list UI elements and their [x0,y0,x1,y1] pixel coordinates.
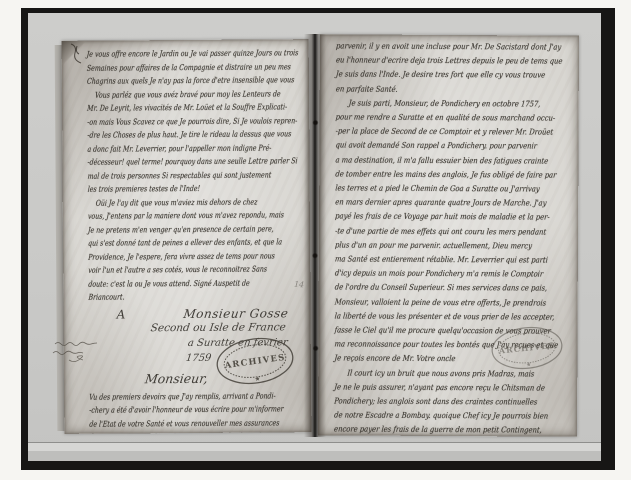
manuscript-line: de l'ordre du Conseil Superieur. Si mes … [334,281,535,296]
manuscript-line: eu l'honneur d'ecrire deja trois Lettres… [335,54,536,69]
manuscript-line: -décesseur! quel terme! pourquoy dans un… [87,155,255,170]
archives-stamp-icon: ARCHIVES ★ [485,321,569,375]
manuscript-line: -te d'une partie de mes effets qui ont c… [334,224,535,239]
corner-flourish-mark [63,40,87,66]
manuscript-line: les terres et a pied le Chemin de Goa a … [335,181,536,196]
manuscript-line: pour me rendre a Suratte et en qualité d… [335,110,536,125]
stamp-star-icon: ★ [526,361,532,369]
manuscript-line: Pondichery; les anglois sont dans des cr… [333,394,534,409]
manuscript-line: ma Santé est entierement rétablie. Mr. L… [334,252,535,267]
scanned-manuscript-photo: { "pages": { "left": { "lines": [ "Je vo… [0,0,631,480]
manuscript-line: a ma destination, il m'a fallu essuier b… [335,153,536,168]
manuscript-line: Briancourt. [88,290,256,305]
manuscript-line: Mr. De Leyrit, les vivacités de Mr. Loüe… [87,101,255,116]
manuscript-line: la liberté de vous les présenter et de v… [334,309,535,324]
left-page-closing-lines: Vu des premiers devoirs que J'ay remplis… [89,389,303,434]
manuscript-line: qui avoit demandé Son rappel a Pondicher… [335,139,536,154]
margin-note-scribble [49,336,107,368]
manuscript-line: Monsieur, valloient la peine de vous etr… [334,295,535,310]
manuscript-line: Je ne le puis assurer, n'ayant pas encor… [334,380,535,395]
right-manuscript-page: parvenir, il y en avoit une incluse pour… [318,34,579,436]
stamp-label: ARCHIVES [498,341,556,356]
manuscript-line: Vous parléz que vous avéz bravé pour moy… [87,87,255,102]
address-row: A Monsieur Gosse [88,306,302,321]
below-ledge-shadow [28,451,601,461]
manuscript-line: en parfaite Santé. [335,82,536,97]
manuscript-line: vous, J'entens par la maniere dont vous … [87,209,255,224]
manuscript-line: Je vous offre encore le Jardin ou Je vai… [86,47,254,62]
manuscript-line: -on mais Vous Scavez ce que Je pourrois … [87,114,255,129]
manuscript-line: qui s'est donné tant de peines a ellever… [88,236,256,251]
manuscript-line: les trois premieres testes de l'Inde! [87,182,255,197]
address-name: Monsieur Gosse [182,306,289,321]
left-page-lines: Je vous offre encore le Jardin ou Je vai… [87,46,303,304]
manuscript-line: Je suis parti, Monsieur, de Pondichery e… [335,96,536,111]
address-a: A [116,307,125,321]
stamp-star-icon: ★ [254,374,261,383]
manuscript-line: de tomber entre les mains des anglois, J… [335,167,536,182]
manuscript-line: voir l'un et l'autre a ses cotés, vous l… [88,263,256,278]
manuscript-line: Chagrins aux quels Je n'ay pas la force … [86,74,254,89]
manuscript-line: payé les frais de ce Voyage par huit moi… [334,210,535,225]
pencil-folio-mark: 14 [294,280,305,290]
manuscript-line: de l'Etat de votre Santé et vous renouve… [89,416,257,431]
binding-gutter [304,34,326,437]
stamp-label: ARCHIVES [223,353,286,372]
manuscript-line: encore payer les frais de la guerre de m… [333,423,534,437]
manuscript-line: Je ne pretens m'en venger qu'en presence… [87,222,255,237]
manuscript-line: parvenir, il y en avoit une incluse pour… [335,39,536,54]
manuscript-line: Oüi Je l'ay dit que vous m'aviez mis deh… [87,195,255,210]
manuscript-line: plus d'un an pour me parvenir. actuellem… [334,238,535,253]
manuscript-line: mal de trois personnes Si respectables q… [87,168,255,183]
manuscript-line: a donc fait Mr. Leverrier, pour l'appell… [87,141,255,156]
manuscript-line: -dre les Choses de plus haut. Je tire le… [87,128,255,143]
right-page-lines: parvenir, il y en avoit une incluse pour… [334,39,571,436]
manuscript-line: doute: c'est la ou Je vous attend. Signé… [88,276,256,291]
manuscript-line: Semaines pour affaires de la Compagnie e… [86,60,254,75]
manuscript-line: -chery a été d'avoir l'honneur de vous é… [89,403,257,418]
manuscript-line: Vu des premiers devoirs que J'ay remplis… [89,389,257,404]
manuscript-line: Providence, Je l'espere, fera vivre asse… [88,249,256,264]
manuscript-line: Je suis dans l'Inde. Je desire tres fort… [335,68,536,83]
